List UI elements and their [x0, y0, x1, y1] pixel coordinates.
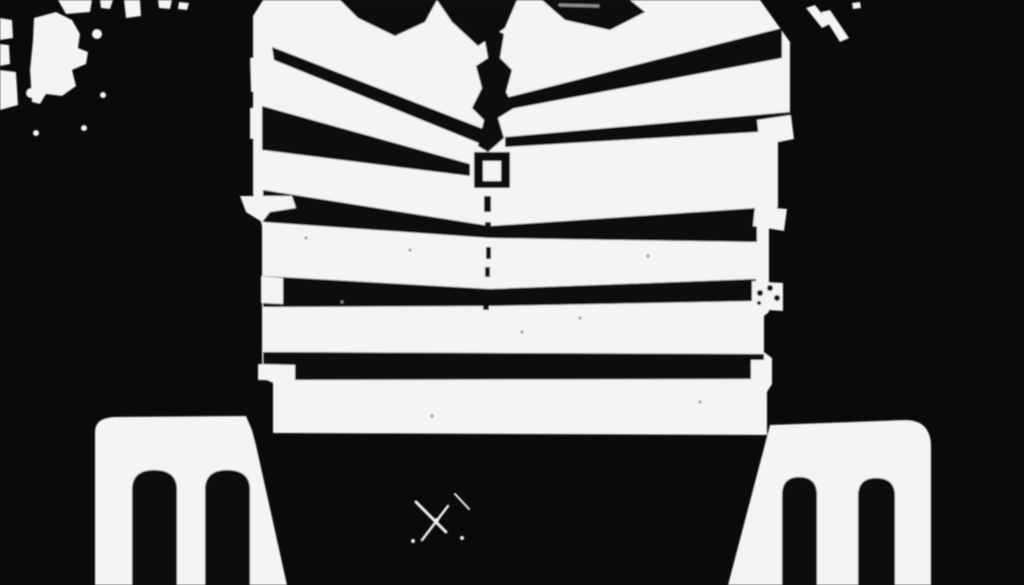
- right-comb-slot-2: [858, 478, 895, 585]
- foliage-top-3: [124, 0, 141, 18]
- clip-left-2: [250, 107, 258, 139]
- clip-left-4: [258, 364, 295, 381]
- left-comb-slot-2: [205, 470, 250, 585]
- foliage-speck-3: [81, 125, 87, 131]
- foliage-edge-3: [0, 70, 18, 110]
- buckle-speck-3: [774, 295, 780, 301]
- noise-speck-3: [647, 255, 650, 258]
- buckle-speck-4: [757, 301, 761, 305]
- foliage-edge-1: [0, 18, 13, 40]
- spine-dash-1: [484, 196, 491, 212]
- foliage-speck-1: [92, 29, 102, 39]
- seam-flat: [263, 352, 764, 380]
- spine-dash-5: [483, 296, 489, 310]
- noise-speck-4: [341, 301, 344, 304]
- clip-right-3: [751, 360, 764, 390]
- clip-left-3: [261, 276, 283, 304]
- noise-speck-8: [579, 317, 582, 320]
- foliage-top-4: [158, 0, 172, 9]
- scratch-dot-1: [435, 518, 439, 522]
- foliage-speck-4: [33, 130, 39, 136]
- noise-speck-5: [699, 401, 702, 404]
- spine-dash-4: [485, 267, 490, 277]
- buckle-speck-2: [767, 285, 773, 291]
- foliage-speck-2: [26, 88, 36, 98]
- foliage-edge-2: [0, 44, 10, 66]
- foliage-speck-5: [100, 92, 106, 98]
- clip-left-1: [250, 55, 267, 92]
- binarized-photo: [0, 0, 1024, 585]
- left-comb-slot-1: [132, 470, 177, 585]
- scratch-dot-2: [460, 536, 464, 540]
- hinge-buckle-inner: [483, 161, 501, 181]
- noise-speck-7: [305, 237, 308, 240]
- spine-dash-3: [486, 247, 491, 259]
- gray-streak: [560, 5, 598, 6]
- buckle-speck-1: [757, 290, 763, 296]
- noise-speck-6: [431, 415, 434, 418]
- noise-speck-2: [521, 331, 524, 334]
- scratch-dot-3: [411, 539, 415, 543]
- photo-canvas: [0, 0, 1024, 585]
- spine-dash-2: [485, 222, 491, 235]
- twig-mark-3: [852, 2, 861, 9]
- noise-speck-1: [409, 249, 412, 252]
- right-comb-slot-1: [782, 477, 817, 585]
